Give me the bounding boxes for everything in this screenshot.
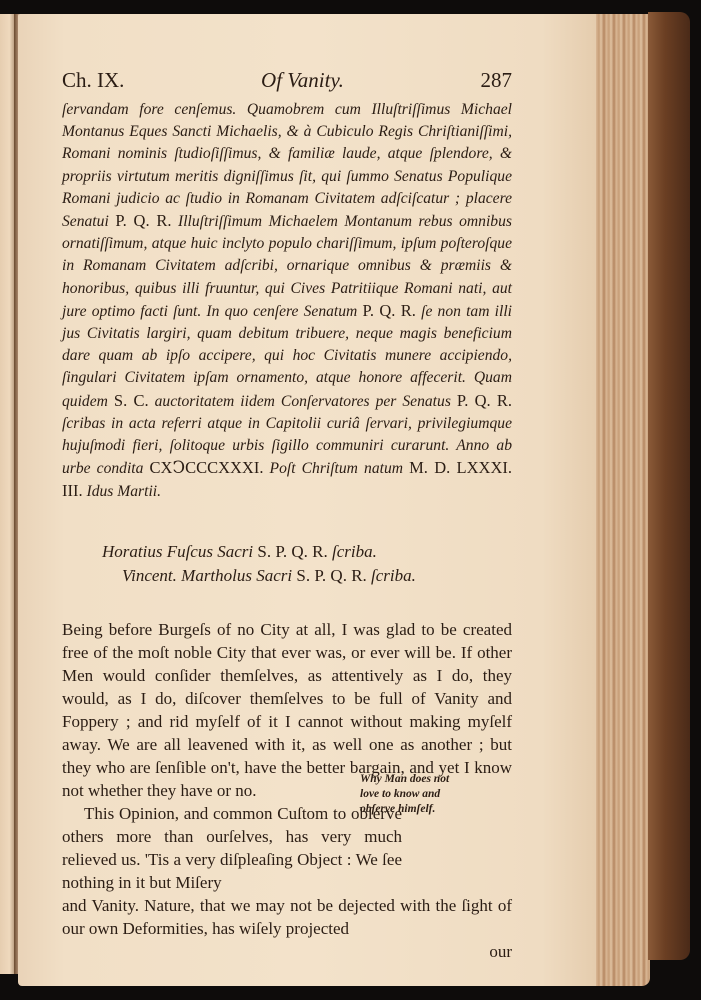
signatures-block: Horatius Fuſcus Sacri S. P. Q. R. ſcriba…: [62, 540, 512, 588]
signature-line: Horatius Fuſcus Sacri S. P. Q. R. ſcriba…: [62, 540, 512, 564]
chapter-label: Ch. IX.: [62, 68, 124, 93]
latin-decree-passage: ſervandam fore cenſemus. Quamobrem cum I…: [62, 99, 512, 504]
book-cover-edge: [648, 12, 690, 960]
paragraph: This Opinion, and common Cuſtom to obſer…: [62, 802, 512, 963]
page-text-block: Ch. IX. Of Vanity. 287 ſervandam fore ce…: [62, 68, 512, 963]
catchword: our: [62, 940, 512, 963]
marginal-note: Why Man does not love to know and obſerv…: [360, 772, 450, 817]
chapter-title: Of Vanity.: [261, 68, 344, 93]
page-fore-edge: [596, 14, 650, 986]
running-head: Ch. IX. Of Vanity. 287: [62, 68, 512, 93]
page-number: 287: [480, 68, 512, 93]
paragraph-continuation: and Vanity. Nature, that we may not be d…: [62, 894, 512, 940]
signature-line: Vincent. Martholus Sacri S. P. Q. R. ſcr…: [62, 564, 512, 588]
paragraph-opening: This Opinion, and common Cuſtom to obſer…: [62, 802, 402, 894]
